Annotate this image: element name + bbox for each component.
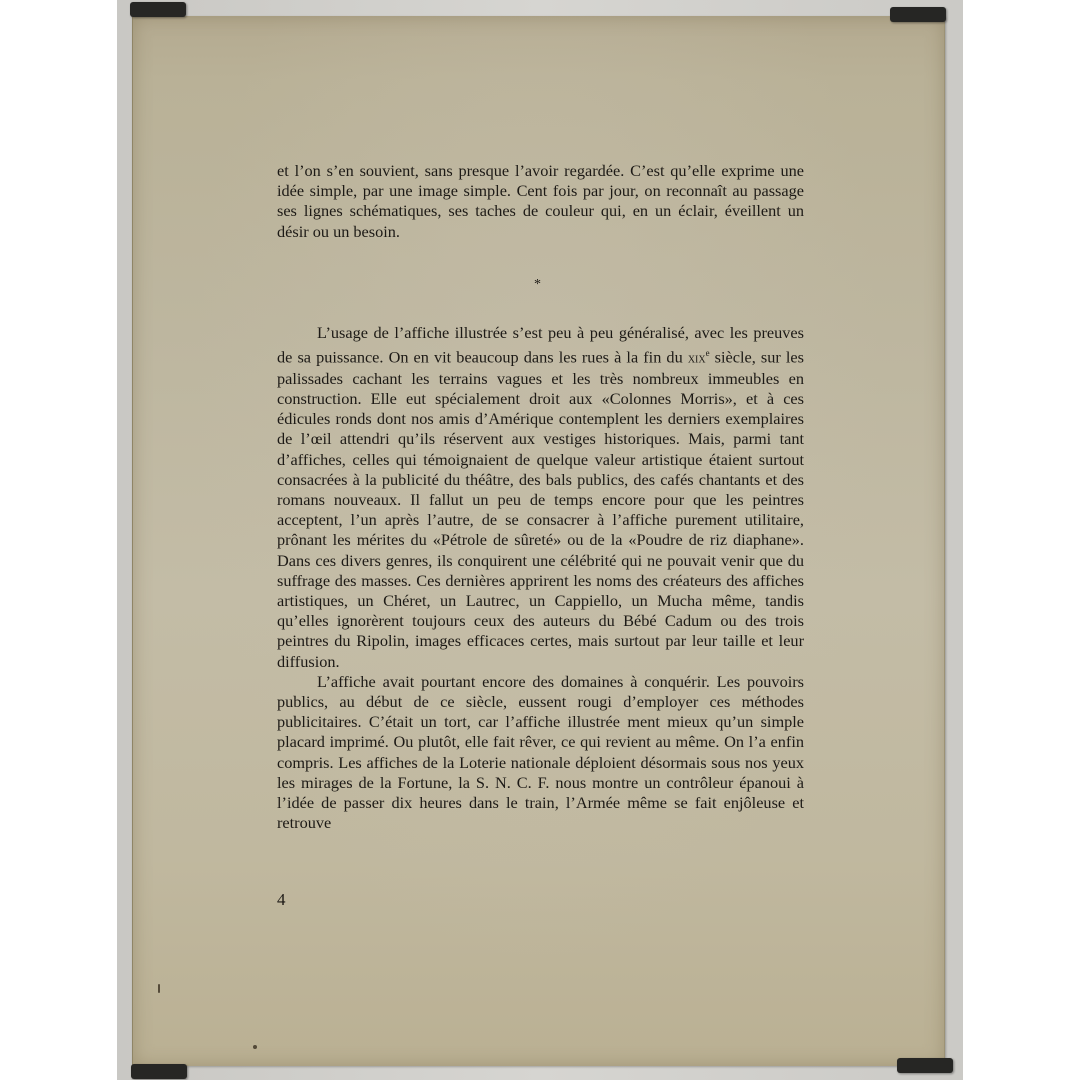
paper-mark bbox=[253, 1045, 257, 1049]
paragraph-public-authorities: L’affiche avait pourtant encore des doma… bbox=[277, 672, 804, 834]
page-number: 4 bbox=[277, 890, 286, 910]
paragraph-text: et l’on s’en souvient, sans presque l’av… bbox=[277, 161, 804, 242]
section-separator: * bbox=[534, 277, 541, 293]
century-numeral: xix bbox=[688, 351, 706, 366]
clip-top-right bbox=[890, 7, 946, 22]
century-suffix: e bbox=[706, 348, 710, 358]
clip-bottom-left bbox=[131, 1064, 187, 1079]
paragraph-poster-history: L’usage de l’affiche illustrée s’est peu… bbox=[277, 323, 804, 672]
body-text: L’usage de l’affiche illustrée s’est peu… bbox=[277, 323, 804, 834]
text-segment: siècle, sur les palissades cachant les t… bbox=[277, 348, 804, 671]
clip-bottom-right bbox=[897, 1058, 953, 1073]
paper-mark bbox=[158, 984, 160, 993]
clip-top-left bbox=[130, 2, 186, 17]
opening-paragraph: et l’on s’en souvient, sans presque l’av… bbox=[277, 161, 804, 242]
